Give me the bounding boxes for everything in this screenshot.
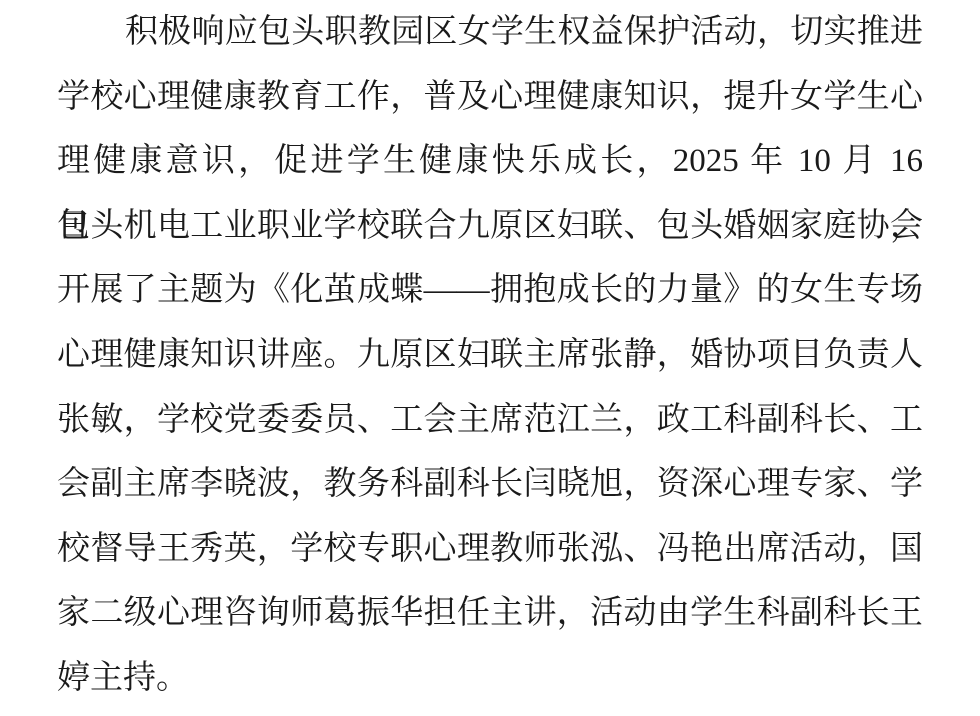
text-line: 包头机电工业职业学校联合九原区妇联、包头婚姻家庭协会: [57, 194, 923, 259]
text-line: 心理健康知识讲座。九原区妇联主席张静，婚协项目负责人: [57, 323, 923, 388]
text-line: 张敏，学校党委委员、工会主席范江兰，政工科副科长、工: [57, 388, 923, 453]
document-page: 积极响应包头职教园区女学生权益保护活动，切实推进学校心理健康教育工作，普及心理健…: [0, 0, 980, 716]
text-line: 婷主持。: [57, 646, 923, 711]
text-line: 积极响应包头职教园区女学生权益保护活动，切实推进: [57, 0, 923, 65]
text-line: 开展了主题为《化茧成蝶——拥抱成长的力量》的女生专场: [57, 258, 923, 323]
text-line: 校督导王秀英，学校专职心理教师张泓、冯艳出席活动，国: [57, 517, 923, 582]
text-line: 家二级心理咨询师葛振华担任主讲，活动由学生科副科长王: [57, 581, 923, 646]
text-line: 理健康意识，促进学生健康快乐成长，2025 年 10 月 16 日，: [57, 129, 923, 194]
text-line: 会副主席李晓波，教务科副科长闫晓旭，资深心理专家、学: [57, 452, 923, 517]
body-paragraph: 积极响应包头职教园区女学生权益保护活动，切实推进学校心理健康教育工作，普及心理健…: [57, 0, 923, 711]
text-line: 学校心理健康教育工作，普及心理健康知识，提升女学生心: [57, 65, 923, 130]
